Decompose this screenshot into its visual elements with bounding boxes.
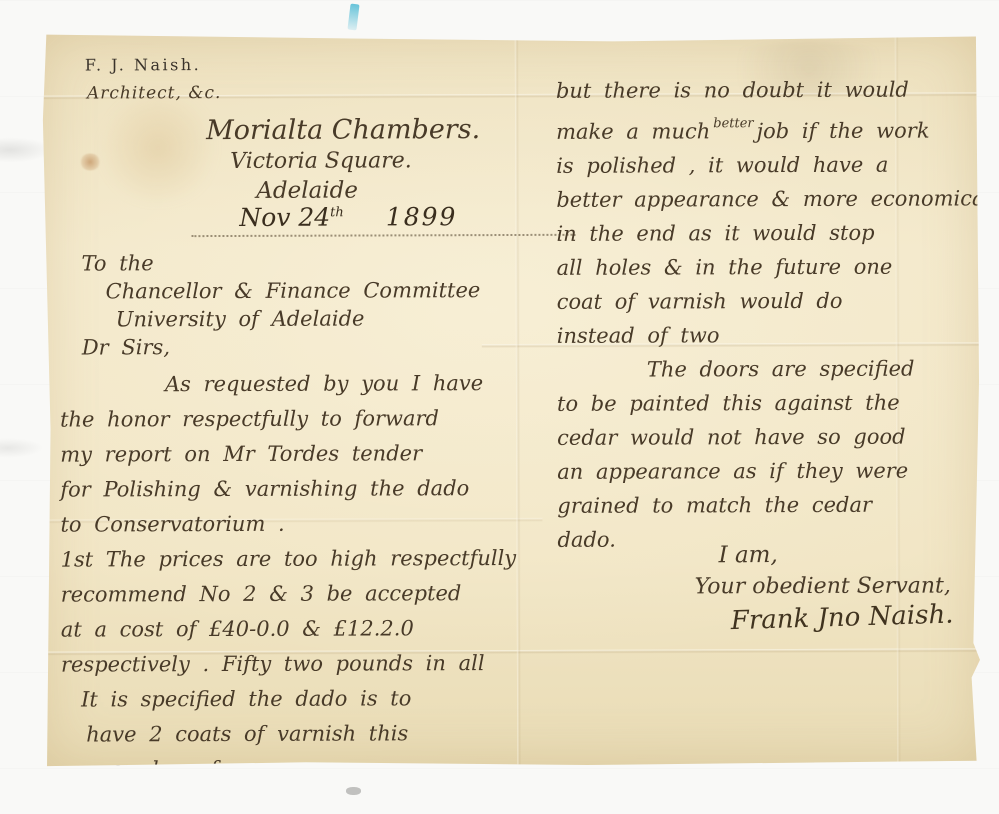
inserted-word: better (713, 116, 753, 131)
letter-line: to Conservatorium . (60, 506, 555, 543)
date-line: Nov 24th1899 (191, 202, 575, 237)
date-day: Nov 24 (239, 203, 330, 232)
letter-line: As requested by you I have (60, 366, 555, 403)
date-ordinal: th (330, 205, 344, 220)
letter-line: have 2 coats of varnish this (61, 716, 556, 753)
recipient-block: To the Chancellor & Finance Committee Un… (81, 248, 480, 361)
date-year: 1899 (386, 202, 458, 231)
letter-line: respectively . Fifty two pounds in all (61, 646, 556, 683)
letter-paper: F. J. Naish. Architect, &c. Morialta Cha… (41, 28, 982, 767)
letterhead-name: F. J. Naish. (85, 55, 201, 74)
letter-line: instead of two (557, 317, 985, 352)
letter-line: my report on Mr Tordes tender (60, 436, 555, 473)
closing-line: Your obedient Servant, (695, 573, 951, 599)
letter-line: for Polishing & varnishing the dado (60, 471, 555, 508)
line-segment: make a much (556, 119, 710, 144)
letter-line: but there is no doubt it would (556, 72, 984, 107)
scanner-blue-mark (347, 4, 359, 31)
letter-line: was done for economy (61, 751, 556, 788)
letter-line-with-insertion: make a muchbetterjob if the work (556, 106, 984, 148)
letter-line: grained to match the cedar (557, 487, 985, 522)
body-left-column: As requested by you I have the honor res… (60, 366, 556, 788)
letterhead-title: Architect, &c. (87, 83, 221, 103)
scan-background: F. J. Naish. Architect, &c. Morialta Cha… (0, 0, 999, 814)
letter-line: It is specified the dado is to (61, 681, 556, 718)
letter-line: 1st The prices are too high respectfully (61, 541, 556, 578)
recipient-line: University of Adelaide (82, 304, 481, 333)
letter-line: better appearance & more economical (556, 181, 984, 216)
signature: Frank Jno Naish. (730, 600, 954, 637)
letter-line: at a cost of £40-0.0 & £12.2.0 (61, 611, 556, 648)
letter-line: The doors are specified (557, 351, 985, 386)
scanner-speck (346, 787, 361, 795)
closing-line: I am, (719, 542, 778, 568)
paper-smudge (93, 93, 223, 203)
letter-line: is polished , it would have a (556, 147, 984, 182)
letter-line: an appearance as if they were (557, 453, 985, 488)
recipient-to: To the (81, 248, 480, 277)
letter-line: all holes & in the future one (556, 249, 984, 284)
letter-line: in the end as it would stop (556, 215, 984, 250)
letter-line: cedar would not have so good (557, 419, 985, 454)
letter-line: to be painted this against the (557, 385, 985, 420)
recipient-line: Chancellor & Finance Committee (82, 276, 481, 305)
body-right-column: but there is no doubt it would make a mu… (556, 72, 986, 556)
salutation: Dr Sirs, (82, 332, 481, 361)
letter-line: the honor respectfully to forward (60, 401, 555, 438)
line-segment: job if the work (757, 119, 930, 144)
letter-line: recommend No 2 & 3 be accepted (61, 576, 556, 613)
letter-line: coat of varnish would do (557, 283, 985, 318)
